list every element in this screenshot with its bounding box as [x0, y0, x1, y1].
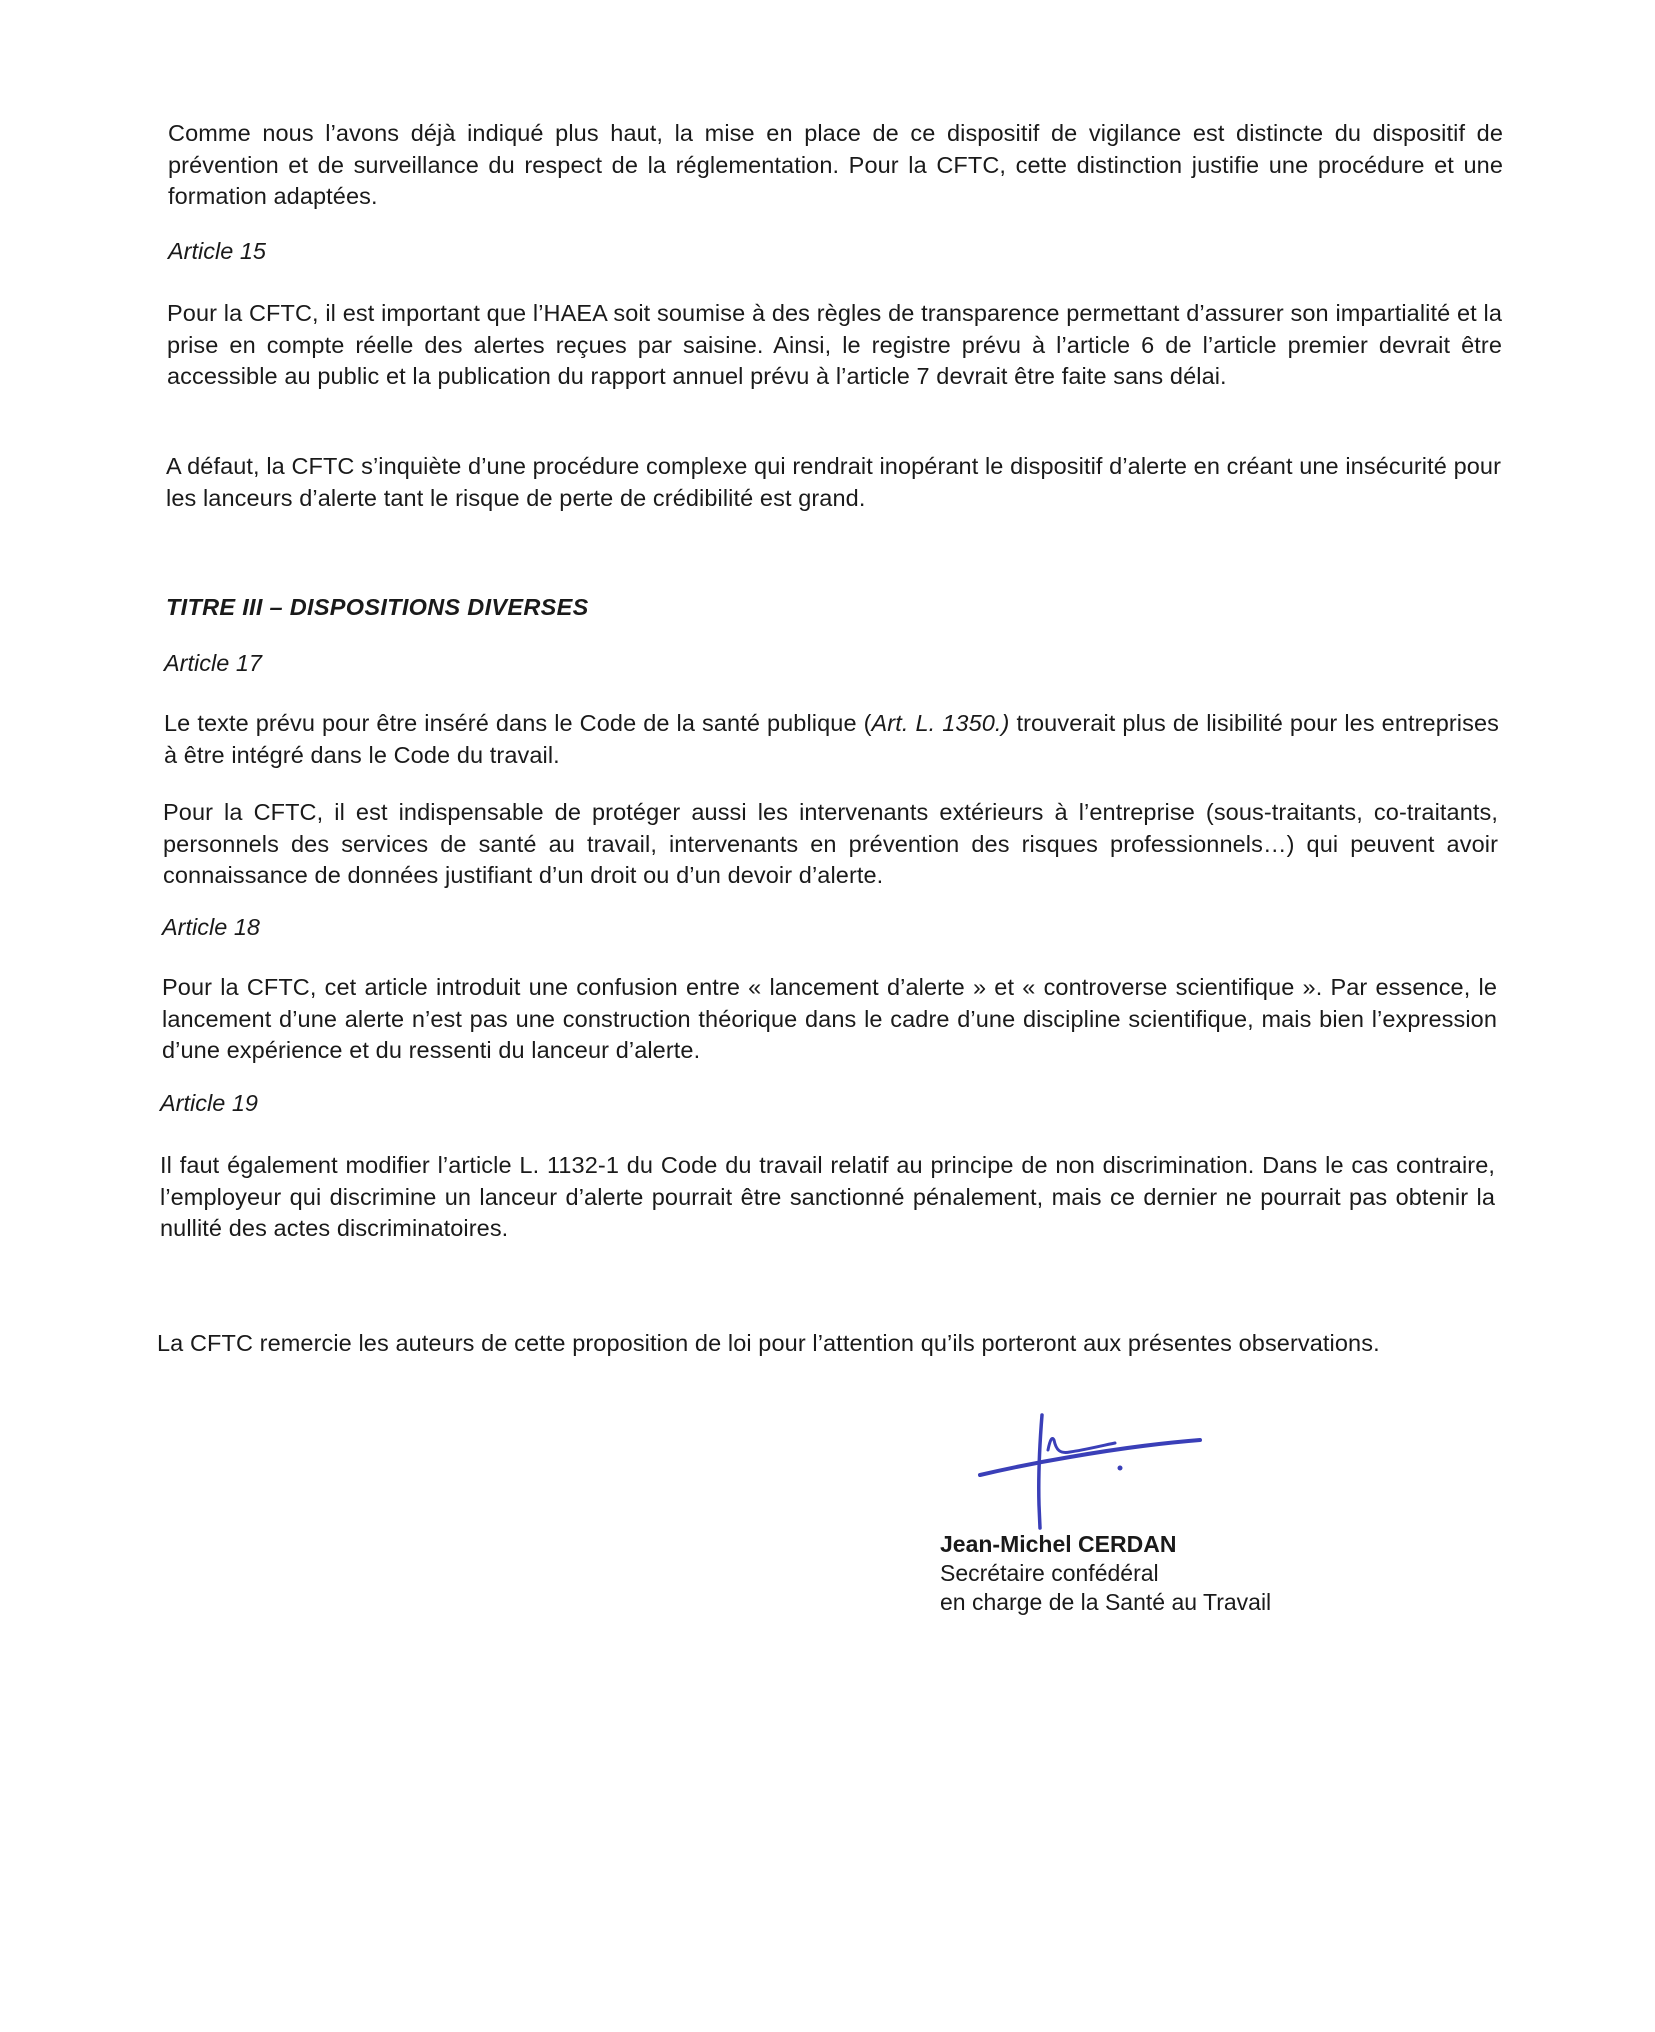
article-18-heading: Article 18	[162, 912, 260, 942]
signer-role: Secrétaire confédéral	[940, 1559, 1271, 1588]
signer-block: Jean-Michel CERDAN Secrétaire confédéral…	[940, 1530, 1271, 1617]
closing-paragraph: La CFTC remercie les auteurs de cette pr…	[157, 1328, 1492, 1360]
article-17-paragraph-2: Pour la CFTC, il est indispensable de pr…	[163, 797, 1498, 892]
article-19-heading: Article 19	[160, 1088, 258, 1118]
article-17-paragraph-1: Le texte prévu pour être inséré dans le …	[164, 708, 1499, 771]
article-18-paragraph: Pour la CFTC, cet article introduit une …	[162, 972, 1497, 1067]
article-15-heading: Article 15	[168, 236, 266, 266]
article-19-paragraph: Il faut également modifier l’article L. …	[160, 1150, 1495, 1245]
titre-iii-heading: TITRE III – DISPOSITIONS DIVERSES	[166, 592, 589, 622]
handwritten-signature-icon	[970, 1410, 1220, 1535]
signer-name: Jean-Michel CERDAN	[940, 1530, 1271, 1559]
article-17-text-before: Le texte prévu pour être inséré dans le …	[164, 710, 872, 736]
article-17-legal-reference: Art. L. 1350.)	[872, 710, 1010, 736]
article-15-paragraph-1: Pour la CFTC, il est important que l’HAE…	[167, 298, 1502, 393]
article-15-paragraph-2: A défaut, la CFTC s’inquiète d’une procé…	[166, 451, 1501, 514]
document-page: Comme nous l’avons déjà indiqué plus hau…	[0, 0, 1655, 2032]
article-17-heading: Article 17	[164, 648, 262, 678]
intro-paragraph: Comme nous l’avons déjà indiqué plus hau…	[168, 118, 1503, 213]
signer-department: en charge de la Santé au Travail	[940, 1588, 1271, 1617]
